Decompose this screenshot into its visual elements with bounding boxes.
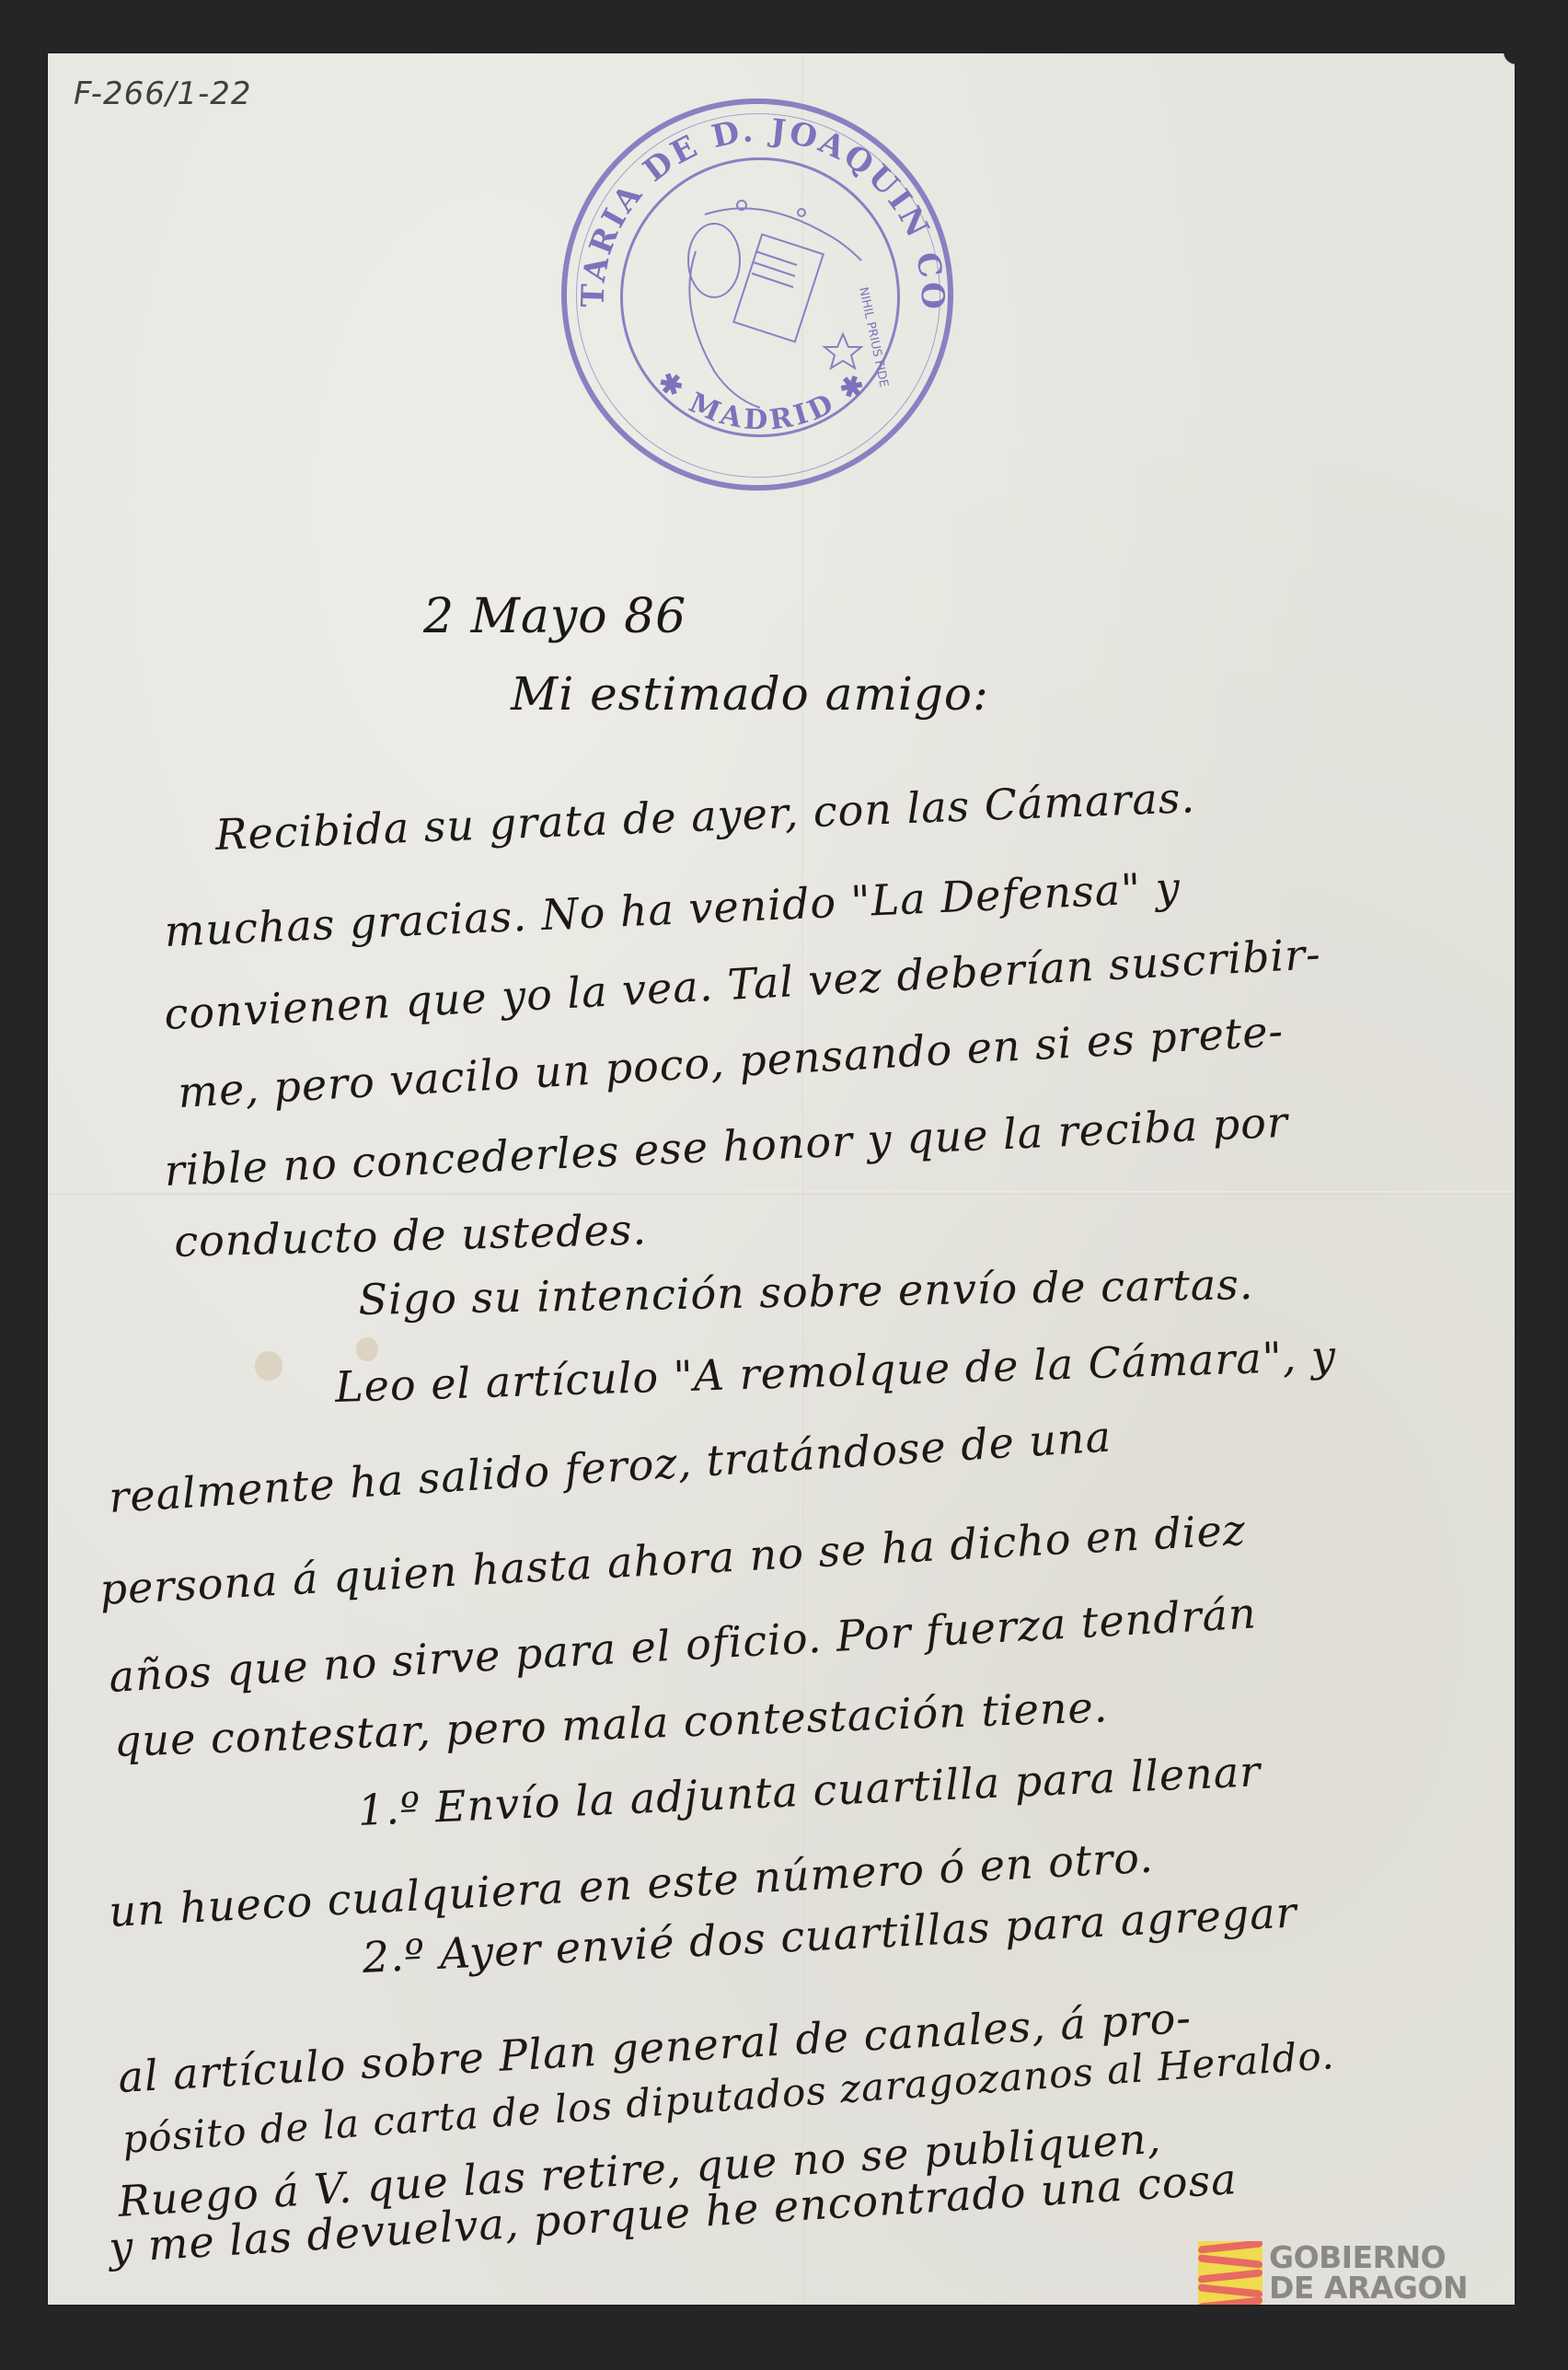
foxing-stain (255, 1351, 282, 1381)
aragon-flag-icon (1198, 2241, 1262, 2305)
foxing-stain (356, 1337, 378, 1361)
horizontal-fold-crease (48, 1191, 1515, 1195)
archive-reference: F-266/1-22 (74, 75, 251, 112)
logo-line-2: DE ARAGON (1269, 2272, 1468, 2303)
svg-text:NIHIL PRIUS FIDE: NIHIL PRIUS FIDE (856, 286, 891, 388)
letter-date: 2 Mayo 86 (423, 589, 686, 644)
logo-text: GOBIERNO DE ARAGON (1269, 2242, 1468, 2303)
gobierno-aragon-logo: GOBIERNO DE ARAGON (1198, 2240, 1468, 2305)
notary-stamp: NOTARIA DE D. JOAQUIN COSTA ✱ MADRID ✱ N… (561, 98, 953, 491)
stamp-emblem-icon: NOTARIA DE D. JOAQUIN COSTA ✱ MADRID ✱ N… (567, 104, 959, 496)
svg-text:NOTARIA DE D. JOAQUIN COSTA: NOTARIA DE D. JOAQUIN COSTA (567, 104, 951, 312)
letter-greeting: Mi estimado amigo: (511, 667, 989, 721)
svg-text:✱ MADRID ✱: ✱ MADRID ✱ (651, 365, 874, 437)
logo-line-1: GOBIERNO (1269, 2242, 1468, 2272)
